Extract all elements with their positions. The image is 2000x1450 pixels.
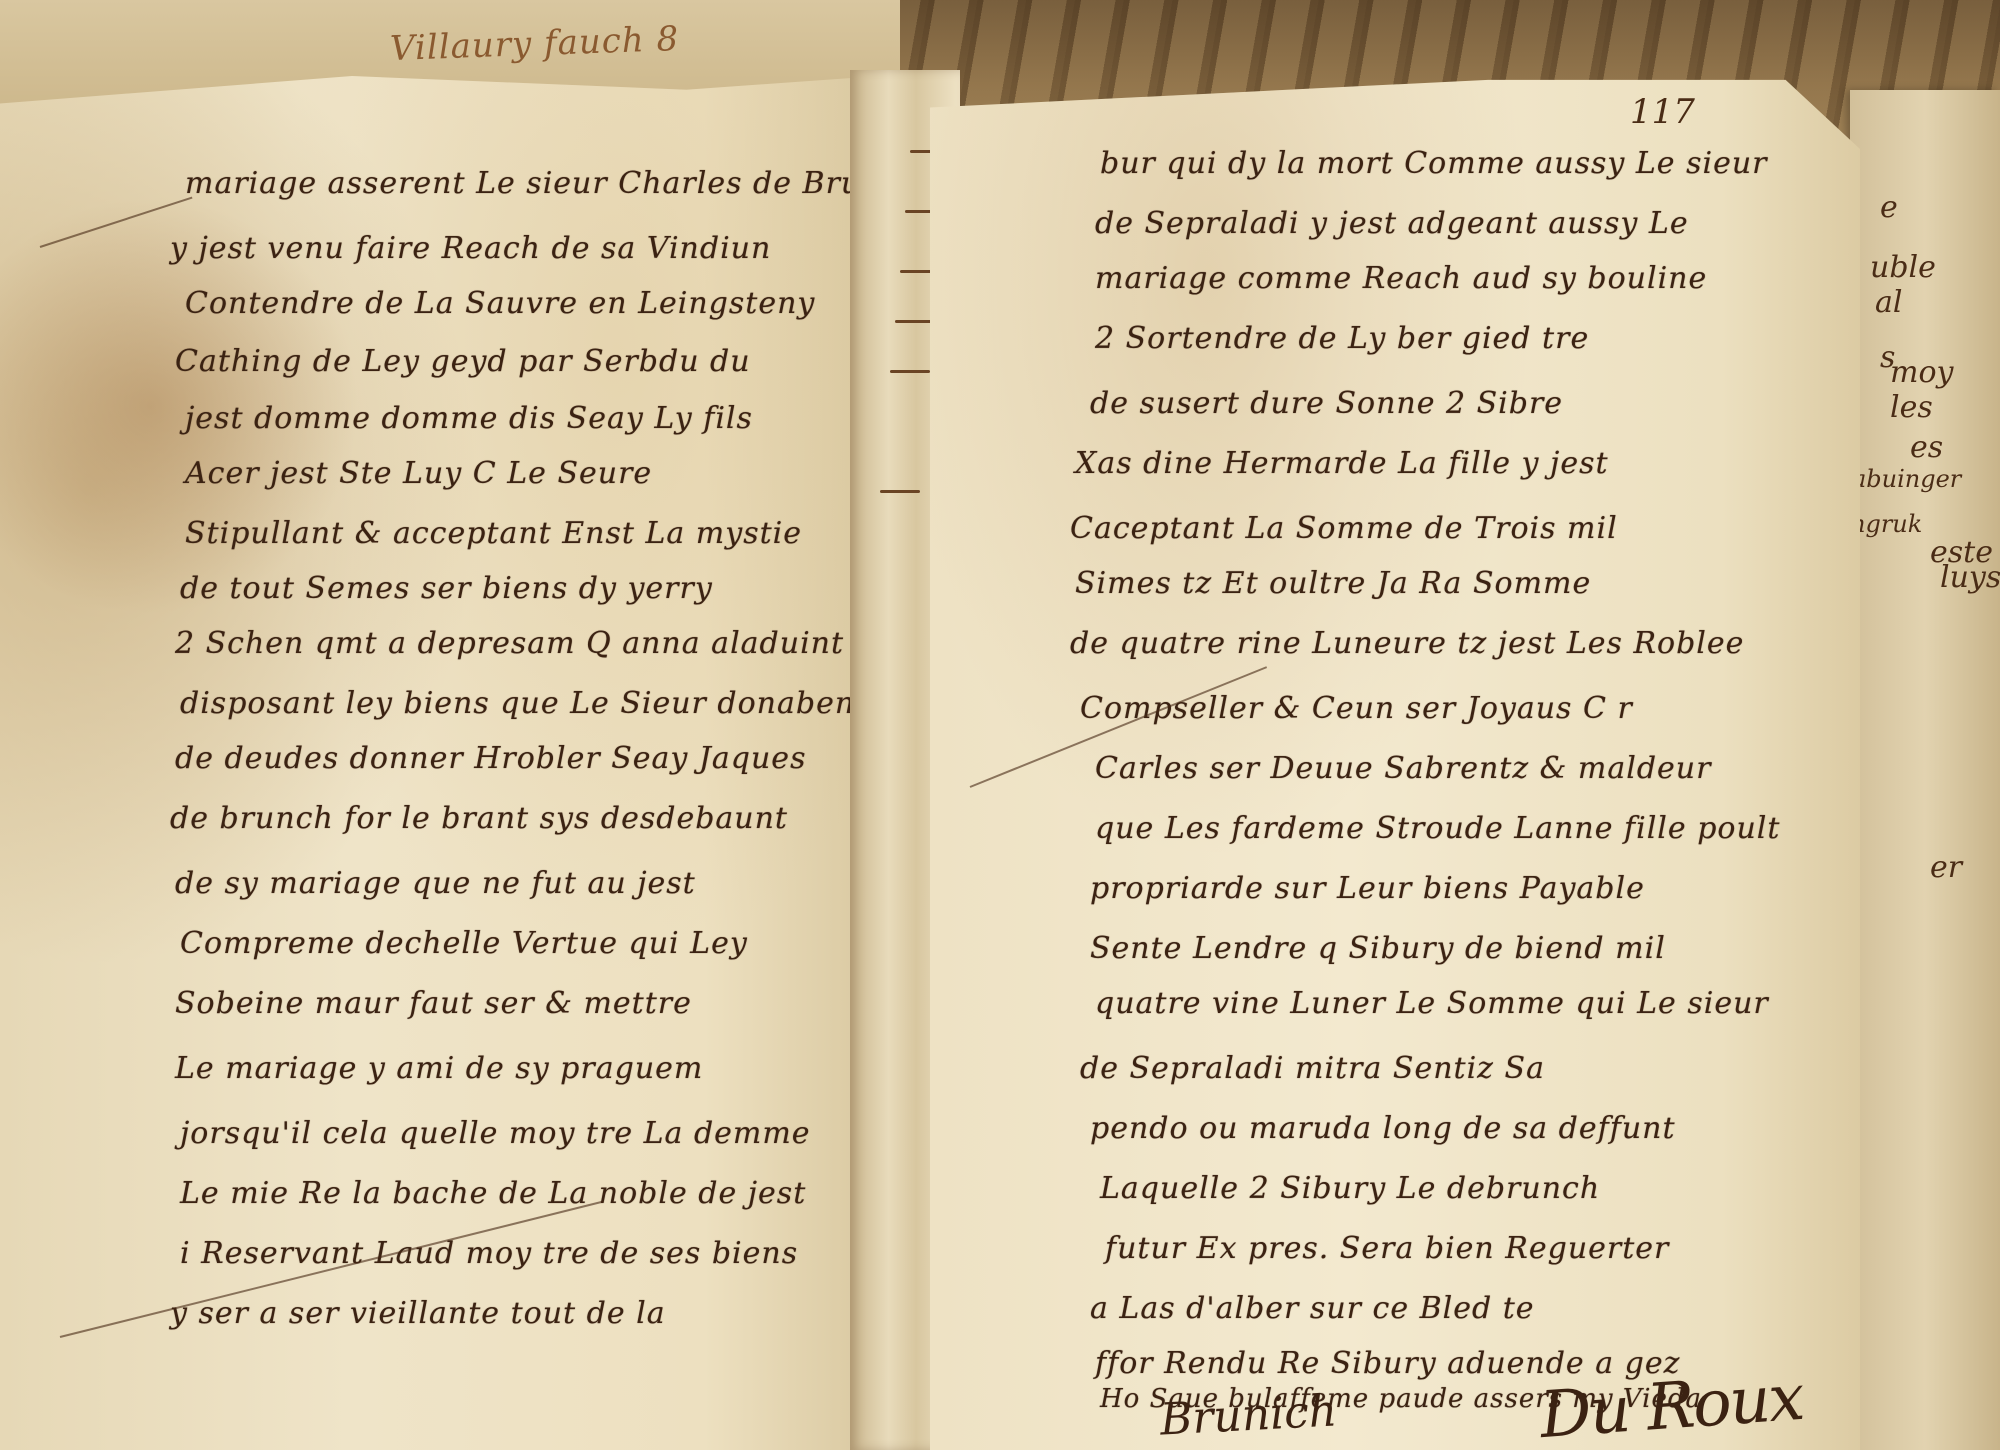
margin-fragment: e [1880, 190, 1898, 225]
manuscript-line: Xas dine Hermarde La fille y jest [1075, 446, 1615, 481]
right-page: bur qui dy la mort Comme aussy Le sieur … [930, 66, 1860, 1450]
margin-fragment: er [1930, 850, 1962, 885]
signature-left: Brunich [1159, 1385, 1339, 1445]
manuscript-line: a Las d'alber sur ce Bled te [1090, 1291, 1541, 1326]
right-margin-sheet: e uble al s moy les es stabuinger ngruk … [1850, 90, 2000, 1450]
manuscript-line: futur Ex pres. Sera bien Reguerter [1105, 1231, 1675, 1266]
manuscript-line: de Sepraladi mitra Sentiz Sa [1080, 1051, 1551, 1086]
margin-fragment: ngruk [1850, 510, 1922, 538]
margin-fragment: les [1890, 390, 1933, 425]
margin-fragment: al [1875, 285, 1902, 320]
manuscript-line: disposant ley biens que Le Sieur donaben [180, 686, 861, 721]
left-page: mariage asserent Le sieur Charles de Bru… [0, 76, 880, 1450]
manuscript-line: mariage comme Reach aud sy bouline [1095, 261, 1713, 296]
manuscript-line: que Les fardeme Stroude Lanne fille poul… [1095, 811, 1786, 846]
margin-fragment: moy [1890, 355, 1953, 390]
manuscript-line: Acer jest Ste Luy C Le Seure [185, 456, 658, 491]
manuscript-line: Sente Lendre q Sibury de biend mil [1090, 931, 1672, 966]
manuscript-line: de tout Semes ser biens dy yerry [180, 571, 719, 606]
manuscript-line: Sobeine maur faut ser & mettre [175, 986, 698, 1021]
manuscript-line: Le mie Re la bache de La noble de jest [180, 1176, 812, 1211]
manuscript-line: quatre vine Luner Le Somme qui Le sieur [1095, 986, 1775, 1021]
margin-fragment: luys [1940, 560, 2000, 595]
manuscript-scene: Villaury fauch 8 e uble al s moy les es … [0, 0, 2000, 1450]
manuscript-line: Carles ser Deuue Sabrentz & maldeur [1095, 751, 1717, 786]
manuscript-line: Caceptant La Somme de Trois mil [1070, 511, 1624, 546]
manuscript-line: de susert dure Sonne 2 Sibre [1090, 386, 1569, 421]
manuscript-line: y ser a ser vieillante tout de la [170, 1296, 672, 1331]
manuscript-line: Laquelle 2 Sibury Le debrunch [1100, 1171, 1606, 1206]
manuscript-line: 2 Schen qmt a depresam Q anna aladuint [175, 626, 850, 661]
manuscript-line: Compreme dechelle Vertue qui Ley [180, 926, 754, 961]
back-sheet-label: Villaury fauch 8 [389, 19, 679, 69]
manuscript-line: i Reservant Laud moy tre de ses biens [180, 1236, 804, 1271]
manuscript-line: de deudes donner Hrobler Seay Jaques [175, 741, 812, 776]
manuscript-line: Simes tz Et oultre Ja Ra Somme [1075, 566, 1597, 601]
manuscript-line: jest domme domme dis Seay Ly fils [185, 401, 759, 436]
margin-fragment: uble [1870, 250, 1936, 285]
manuscript-line: propriarde sur Leur biens Payable [1090, 871, 1651, 906]
manuscript-line: de brunch for le brant sys desdebaunt [170, 801, 794, 836]
manuscript-line: Stipullant & acceptant Enst La mystie [185, 516, 808, 551]
margin-fragment: es [1910, 430, 1943, 465]
manuscript-line: mariage asserent Le sieur Charles de Bru… [185, 166, 936, 201]
folio-number: 117 [1630, 92, 1695, 132]
manuscript-line: y jest venu faire Reach de sa Vindiun [170, 231, 777, 266]
manuscript-line: Cathing de Ley geyd par Serbdu du [175, 344, 757, 379]
manuscript-line: Contendre de La Sauvre en Leingsteny [185, 286, 821, 321]
manuscript-line: jorsqu'il cela quelle moy tre La demme [180, 1116, 817, 1151]
manuscript-line: pendo ou maruda long de sa deffunt [1090, 1111, 1682, 1146]
manuscript-line: de quatre rine Luneure tz jest Les Roble… [1070, 626, 1750, 661]
manuscript-line: de Sepraladi y jest adgeant aussy Le [1095, 206, 1695, 241]
manuscript-line: 2 Sortendre de Ly ber gied tre [1095, 321, 1595, 356]
manuscript-line: bur qui dy la mort Comme aussy Le sieur [1100, 146, 1774, 181]
manuscript-line: de sy mariage que ne fut au jest [175, 866, 702, 901]
manuscript-line: Le mariage y ami de sy praguem [175, 1051, 709, 1086]
